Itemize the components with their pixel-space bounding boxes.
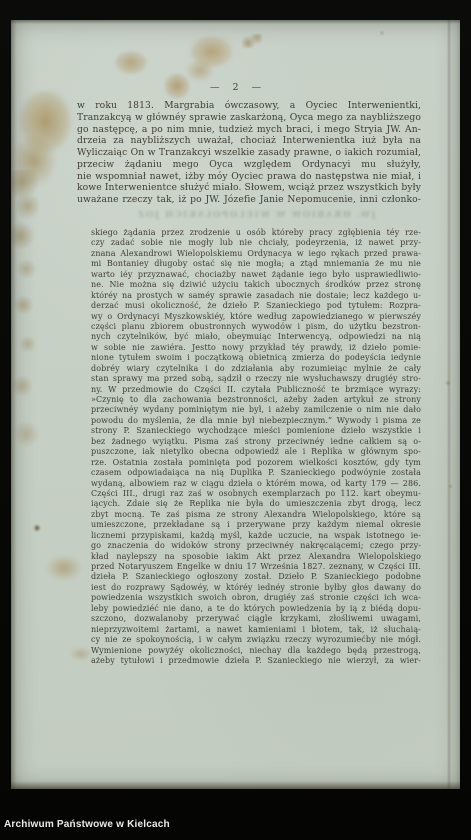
- text-line: stan sprawy ma przed sobą, sądził o rzec…: [91, 374, 421, 384]
- text-line: części planu zbiorem obustronnych wywodó…: [91, 322, 421, 332]
- text-line: bez żadnego wyiątku. Pisma zaś strony pr…: [91, 437, 421, 447]
- text-line: Wymienione powyżéy okoliczności, niechay…: [91, 646, 421, 656]
- text-line: czasem odpowiadaiąca na nią Duplika P. S…: [91, 468, 421, 478]
- text-line: mi Bontaniey długoby ostać się nie mogła…: [91, 259, 421, 269]
- text-line: powodu do myślenia, że dla mnie był nieb…: [91, 416, 421, 426]
- text-line: »Czynię to dla zachowania bezstronności,…: [91, 395, 421, 405]
- stain-lower-left: [70, 647, 92, 661]
- text-line: wy o Ordynacyi Myszkowskiéy, które wedłu…: [91, 312, 421, 322]
- stain-mid-left: [46, 555, 82, 581]
- text-line: nie wspomniał nawet, iżby móy Oyciec pra…: [77, 171, 421, 183]
- page-number: — 2 —: [11, 82, 460, 93]
- text-line: zbyt mocną. Te zaś pisma ze strony Alexa…: [91, 510, 421, 520]
- text-line: skiego żądania przez zrodzenie u osób kt…: [91, 228, 421, 238]
- text-line: ne. Nie można się dziwić użyciu takich u…: [91, 280, 421, 290]
- text-line: leby powiedziéć nie dano, a te do któryc…: [91, 604, 421, 614]
- text-line: go znaczenia do widoków strony przeciwné…: [91, 541, 421, 551]
- text-line: w sobie nie zawiéra. Jestto nowy przykła…: [91, 343, 421, 353]
- text-line: nieprzyzwoitemi żartami, a nawet kamieni…: [91, 625, 421, 635]
- text-line: licznemi przypiskami, każdą myśl, każde …: [91, 531, 421, 541]
- text-line: Części III., drugi raz zaś w osobnych ex…: [91, 489, 421, 499]
- text-line: przeciwnéy wydany pominiętym nie był, i …: [91, 405, 421, 415]
- text-line: cy nie ze spokoynością, i w całym związk…: [91, 635, 421, 645]
- right-fold-line: [447, 20, 451, 789]
- main-paragraph: w roku 1813. Margrabia ówczasowy, a Oyci…: [77, 100, 421, 206]
- text-line: dzieła P. Szanieckiego ogłoszony został.…: [91, 572, 421, 582]
- text-line: strony P. Szanieckiego wychodzące mieści…: [91, 426, 421, 436]
- show-through-text: JW. HRABIÓW W WIELOPOLSKICH JOZ: [91, 210, 421, 223]
- text-line: nione tytułem swoim i początkową obietni…: [91, 353, 421, 363]
- text-line: go następcę, a po nim mnie, tudzież mych…: [77, 124, 421, 136]
- text-line: wydaną, albowiem raz w ciągu dzieła o kt…: [91, 479, 421, 489]
- text-line: puszczone, iak nietylko obecna odpowiedź…: [91, 447, 421, 457]
- text-line: ny. W przedmowie do Części II. czytała P…: [91, 385, 421, 395]
- text-line: iest do rozprawy Sądowéy, w któréy iedné…: [91, 583, 421, 593]
- text-line: Wyliczaiąc On w Tranzakcyi wszelkie zasa…: [77, 147, 421, 159]
- stain-top-a: [115, 51, 147, 74]
- text-line: znana Alexandrowi Wielopolskiemu Ordynac…: [91, 249, 421, 259]
- text-line: dobréy wiary czytelnika i do zdziałania …: [91, 364, 421, 374]
- text-line: Tranzakcyą w głównéy sprawie zaskarżoną,…: [77, 112, 421, 124]
- text-line: w roku 1813. Margrabia ówczasowy, a Oyci…: [77, 100, 421, 112]
- text-line: rze. Ostatnia została pominięta pod pozo…: [91, 458, 421, 468]
- stain-dots-top: [242, 34, 262, 48]
- text-line: drzeia za naybliższych uważał, chociaż I…: [77, 135, 421, 147]
- paper-page: — 2 — w roku 1813. Margrabia ówczasowy, …: [11, 20, 460, 789]
- stain-speck-top-right: [379, 30, 385, 36]
- text-line: powiedzenia wszystkich swoich obron, dru…: [91, 593, 421, 603]
- text-line: nych czytelników, być miało, obeymuiąc I…: [91, 332, 421, 342]
- watermark-label: Archiwum Państwowe w Kielcach: [4, 819, 170, 830]
- footnote-block: skiego żądania przez zrodzenie u osób kt…: [91, 228, 421, 666]
- text-line: warto iéy przyznawać, chociażby nawet żą…: [91, 270, 421, 280]
- text-line: czy zadać sobie nie mogły lub nie chciał…: [91, 238, 421, 248]
- text-line: iących. Zdaie się że Replika nie była do…: [91, 499, 421, 509]
- text-line: derzać musi okoliczność, że dzieło P. Sz…: [91, 301, 421, 311]
- text-line: umieszczone, przekładane są i przerywane…: [91, 520, 421, 530]
- text-line: uważane rzeczy tak, iż po JW. Józefie Ja…: [77, 194, 421, 206]
- stain-large-left: [9, 90, 75, 188]
- text-line: przeciw żądaniu mego Oyca względem Ordyn…: [77, 159, 421, 171]
- text-line: przed Notaryuszem Engelke w dniu 17 Wrze…: [91, 562, 421, 572]
- text-line: ażeby tytułowi i przedmowie dzieła P. Sz…: [91, 656, 421, 666]
- scan-background: — 2 — w roku 1813. Margrabia ówczasowy, …: [0, 0, 471, 840]
- text-line: kowe Interwenientce służyć miało. Słowem…: [77, 182, 421, 194]
- text-line: któréy na prostych w saméy sprawie zasad…: [91, 291, 421, 301]
- stain-dark-dot: [33, 524, 41, 532]
- text-line: szczono, dozwalanoby przerywać ciągle kr…: [91, 614, 421, 624]
- left-edge-shadow: [11, 20, 17, 789]
- stain-top-b: [179, 32, 237, 84]
- text-line: kład naylepszy na sposobie iakim Akt prz…: [91, 552, 421, 562]
